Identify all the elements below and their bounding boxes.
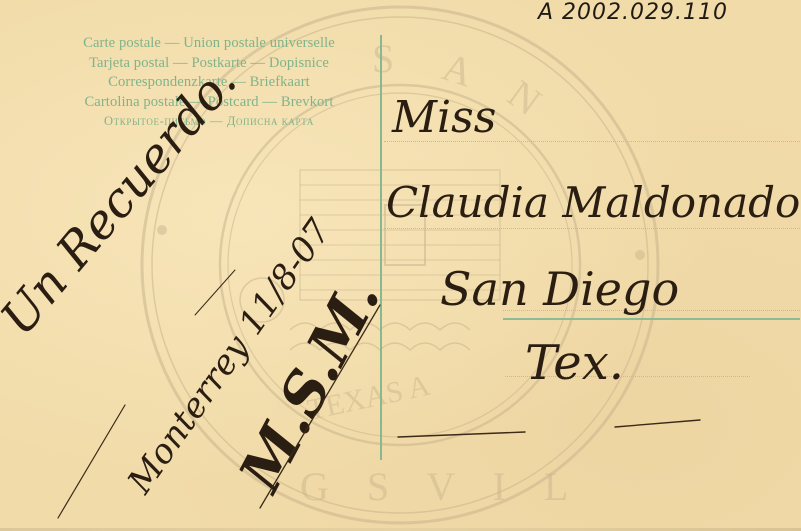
pen-strokes: [0, 0, 801, 531]
postcard: S A N TEXAS A G S V I L Carte postale — …: [0, 0, 801, 531]
